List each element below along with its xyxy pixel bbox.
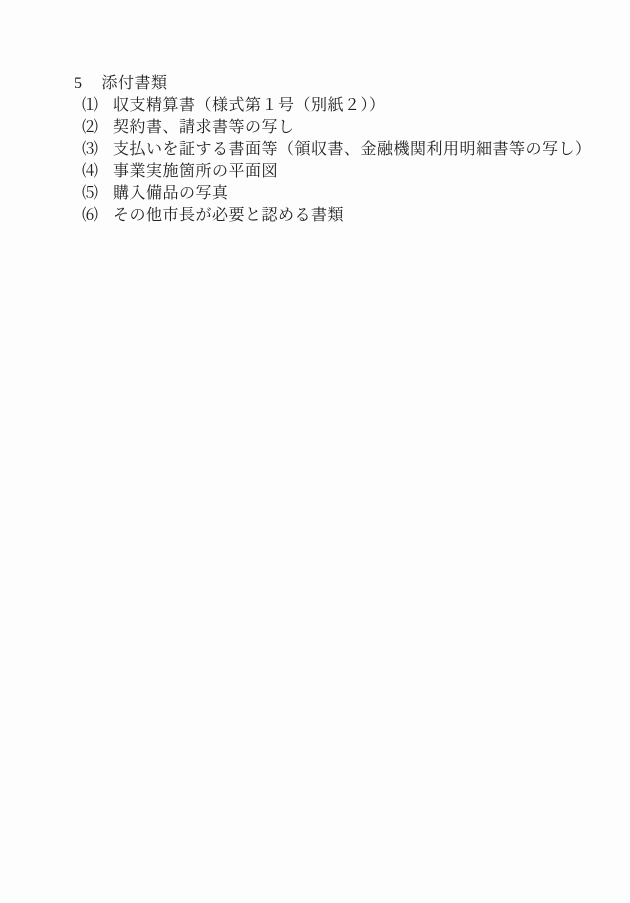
item-marker: ⑴ (82, 95, 113, 117)
item-text: 事業実施箇所の平面図 (113, 161, 278, 183)
section-title: 添付書類 (102, 73, 168, 95)
item-marker: ⑶ (82, 139, 113, 161)
list-item: ⑶ 支払いを証する書面等（領収書、金融機関利用明細書等の写し） (82, 139, 600, 161)
document-page: 5添付書類 ⑴ 収支精算書（様式第１号（別紙２）） ⑵ 契約書、請求書等の写し … (0, 0, 630, 903)
list-item: ⑹ その他市長が必要と認める書類 (82, 205, 600, 227)
item-marker: ⑷ (82, 161, 113, 183)
list-item: ⑵ 契約書、請求書等の写し (82, 117, 600, 139)
item-marker: ⑵ (82, 117, 113, 139)
item-text: その他市長が必要と認める書類 (113, 205, 344, 227)
item-marker: ⑸ (82, 183, 113, 205)
list-item: ⑸ 購入備品の写真 (82, 183, 600, 205)
attachment-list: ⑴ 収支精算書（様式第１号（別紙２）） ⑵ 契約書、請求書等の写し ⑶ 支払いを… (74, 95, 600, 227)
document-content: 5添付書類 ⑴ 収支精算書（様式第１号（別紙２）） ⑵ 契約書、請求書等の写し … (74, 73, 600, 227)
section-heading: 5添付書類 (74, 73, 600, 95)
list-item: ⑴ 収支精算書（様式第１号（別紙２）） (82, 95, 600, 117)
section-number: 5 (74, 73, 83, 95)
item-marker: ⑹ (82, 205, 113, 227)
list-item: ⑷ 事業実施箇所の平面図 (82, 161, 600, 183)
item-text: 購入備品の写真 (113, 183, 229, 205)
item-text: 収支精算書（様式第１号（別紙２）） (113, 95, 386, 117)
item-text: 契約書、請求書等の写し (113, 117, 295, 139)
item-text: 支払いを証する書面等（領収書、金融機関利用明細書等の写し） (113, 139, 592, 161)
